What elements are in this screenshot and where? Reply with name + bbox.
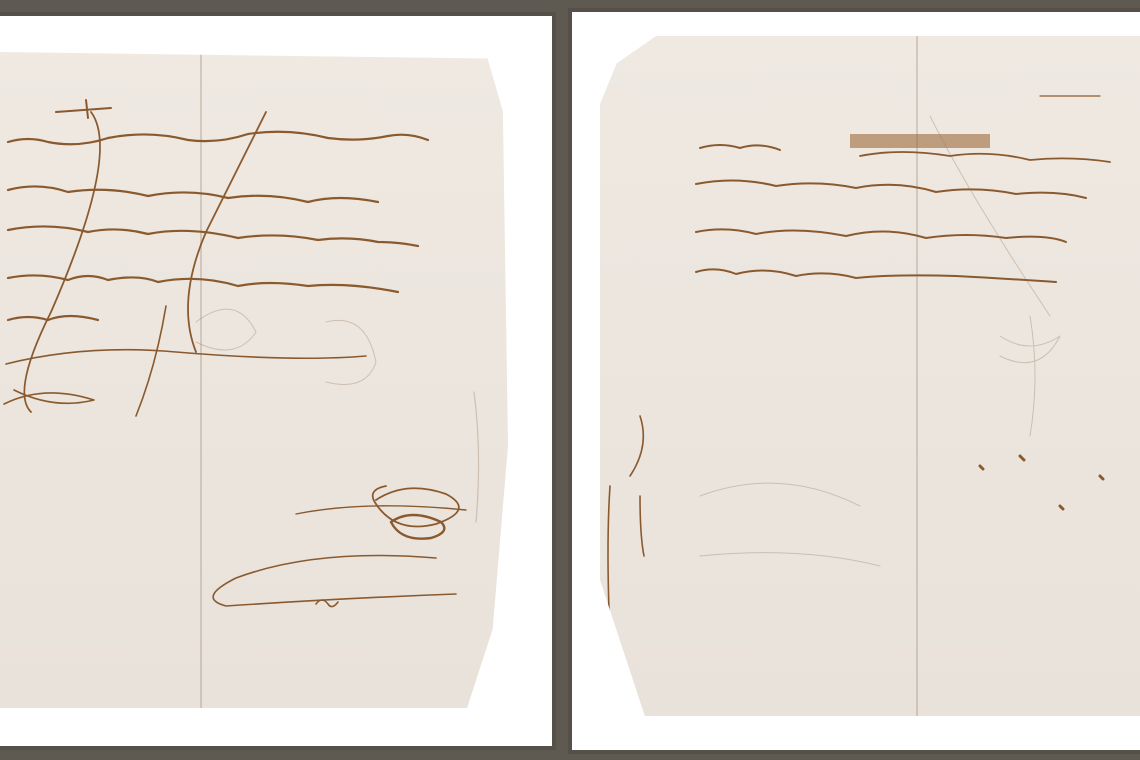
right-manuscript-page [600,36,1140,716]
handwriting-ink [600,36,1140,716]
right-page-frame [568,8,1140,754]
handwriting-ink [0,52,508,708]
left-manuscript-page [0,52,508,708]
left-page-frame [0,12,556,750]
